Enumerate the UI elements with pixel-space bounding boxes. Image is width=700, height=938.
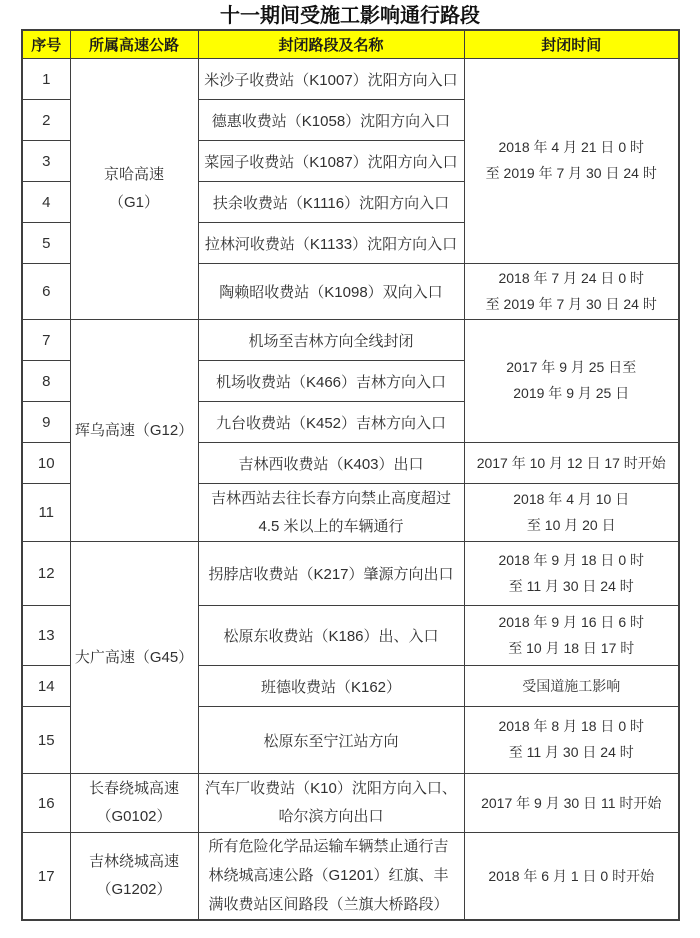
- section-cell: 吉林西收费站（K403）出口: [198, 443, 464, 484]
- section-cell: 拐脖店收费站（K217）肇源方向出口: [198, 542, 464, 606]
- time-cell: 2017 年 10 月 12 日 17 时开始: [464, 443, 679, 484]
- section-cell: 扶余收费站（K1116）沈阳方向入口: [198, 182, 464, 223]
- row-number: 3: [22, 141, 70, 182]
- highway-cell-daguang: 大广高速（G45）: [70, 542, 198, 774]
- page-title: 十一期间受施工影响通行路段: [0, 0, 700, 29]
- section-cell: 陶赖昭收费站（K1098）双向入口: [198, 264, 464, 320]
- section-cell: 松原东收费站（K186）出、入口: [198, 606, 464, 666]
- section-cell: 所有危险化学品运输车辆禁止通行吉林绕城高速公路（G1201）红旗、丰满收费站区间…: [198, 833, 464, 921]
- table-row: 12 大广高速（G45） 拐脖店收费站（K217）肇源方向出口 2018 年 9…: [22, 542, 679, 606]
- row-number: 8: [22, 361, 70, 402]
- section-cell: 菜园子收费站（K1087）沈阳方向入口: [198, 141, 464, 182]
- table-row: 16 长春绕城高速 （G0102） 汽车厂收费站（K10）沈阳方向入口、 哈尔滨…: [22, 774, 679, 833]
- highway-cell-hunwu: 珲乌高速（G12）: [70, 320, 198, 542]
- row-number: 12: [22, 542, 70, 606]
- section-cell: 汽车厂收费站（K10）沈阳方向入口、 哈尔滨方向出口: [198, 774, 464, 833]
- table-row: 7 珲乌高速（G12） 机场至吉林方向全线封闭 2017 年 9 月 25 日至…: [22, 320, 679, 361]
- col-header-highway: 所属高速公路: [70, 30, 198, 59]
- section-cell: 米沙子收费站（K1007）沈阳方向入口: [198, 59, 464, 100]
- col-header-no: 序号: [22, 30, 70, 59]
- section-cell: 德惠收费站（K1058）沈阳方向入口: [198, 100, 464, 141]
- row-number: 11: [22, 484, 70, 542]
- time-cell: 2018 年 4 月 10 日 至 10 月 20 日: [464, 484, 679, 542]
- row-number: 1: [22, 59, 70, 100]
- row-number: 17: [22, 833, 70, 921]
- section-cell: 拉林河收费站（K1133）沈阳方向入口: [198, 223, 464, 264]
- section-cell: 机场至吉林方向全线封闭: [198, 320, 464, 361]
- road-closure-table: 序号 所属高速公路 封闭路段及名称 封闭时间 1 京哈高速 （G1） 米沙子收费…: [21, 29, 680, 921]
- row-number: 4: [22, 182, 70, 223]
- row-number: 13: [22, 606, 70, 666]
- section-cell: 松原东至宁江站方向: [198, 707, 464, 774]
- time-cell: 2017 年 9 月 30 日 11 时开始: [464, 774, 679, 833]
- row-number: 15: [22, 707, 70, 774]
- row-number: 9: [22, 402, 70, 443]
- highway-cell-changchun-raocheng: 长春绕城高速 （G0102）: [70, 774, 198, 833]
- section-cell: 班德收费站（K162）: [198, 666, 464, 707]
- row-number: 10: [22, 443, 70, 484]
- row-number: 5: [22, 223, 70, 264]
- highway-cell-jilin-raocheng: 吉林绕城高速 （G1202）: [70, 833, 198, 921]
- row-number: 7: [22, 320, 70, 361]
- row-number: 6: [22, 264, 70, 320]
- row-number: 16: [22, 774, 70, 833]
- row-number: 2: [22, 100, 70, 141]
- time-cell: 2018 年 8 月 18 日 0 时 至 11 月 30 日 24 时: [464, 707, 679, 774]
- col-header-section: 封闭路段及名称: [198, 30, 464, 59]
- table-row: 17 吉林绕城高速 （G1202） 所有危险化学品运输车辆禁止通行吉林绕城高速公…: [22, 833, 679, 921]
- row-number: 14: [22, 666, 70, 707]
- time-cell: 受国道施工影响: [464, 666, 679, 707]
- time-cell: 2018 年 9 月 16 日 6 时 至 10 月 18 日 17 时: [464, 606, 679, 666]
- time-cell: 2017 年 9 月 25 日至 2019 年 9 月 25 日: [464, 320, 679, 443]
- section-cell: 机场收费站（K466）吉林方向入口: [198, 361, 464, 402]
- time-cell: 2018 年 6 月 1 日 0 时开始: [464, 833, 679, 921]
- section-cell: 吉林西站去往长春方向禁止高度超过 4.5 米以上的车辆通行: [198, 484, 464, 542]
- page: 十一期间受施工影响通行路段 序号 所属高速公路 封闭路段及名称 封闭时间 1 京…: [0, 0, 700, 921]
- highway-cell-jingha: 京哈高速 （G1）: [70, 59, 198, 320]
- table-row: 1 京哈高速 （G1） 米沙子收费站（K1007）沈阳方向入口 2018 年 4…: [22, 59, 679, 100]
- header-row: 序号 所属高速公路 封闭路段及名称 封闭时间: [22, 30, 679, 59]
- col-header-time: 封闭时间: [464, 30, 679, 59]
- section-cell: 九台收费站（K452）吉林方向入口: [198, 402, 464, 443]
- time-cell: 2018 年 9 月 18 日 0 时 至 11 月 30 日 24 时: [464, 542, 679, 606]
- time-cell: 2018 年 7 月 24 日 0 时 至 2019 年 7 月 30 日 24…: [464, 264, 679, 320]
- time-cell: 2018 年 4 月 21 日 0 时 至 2019 年 7 月 30 日 24…: [464, 59, 679, 264]
